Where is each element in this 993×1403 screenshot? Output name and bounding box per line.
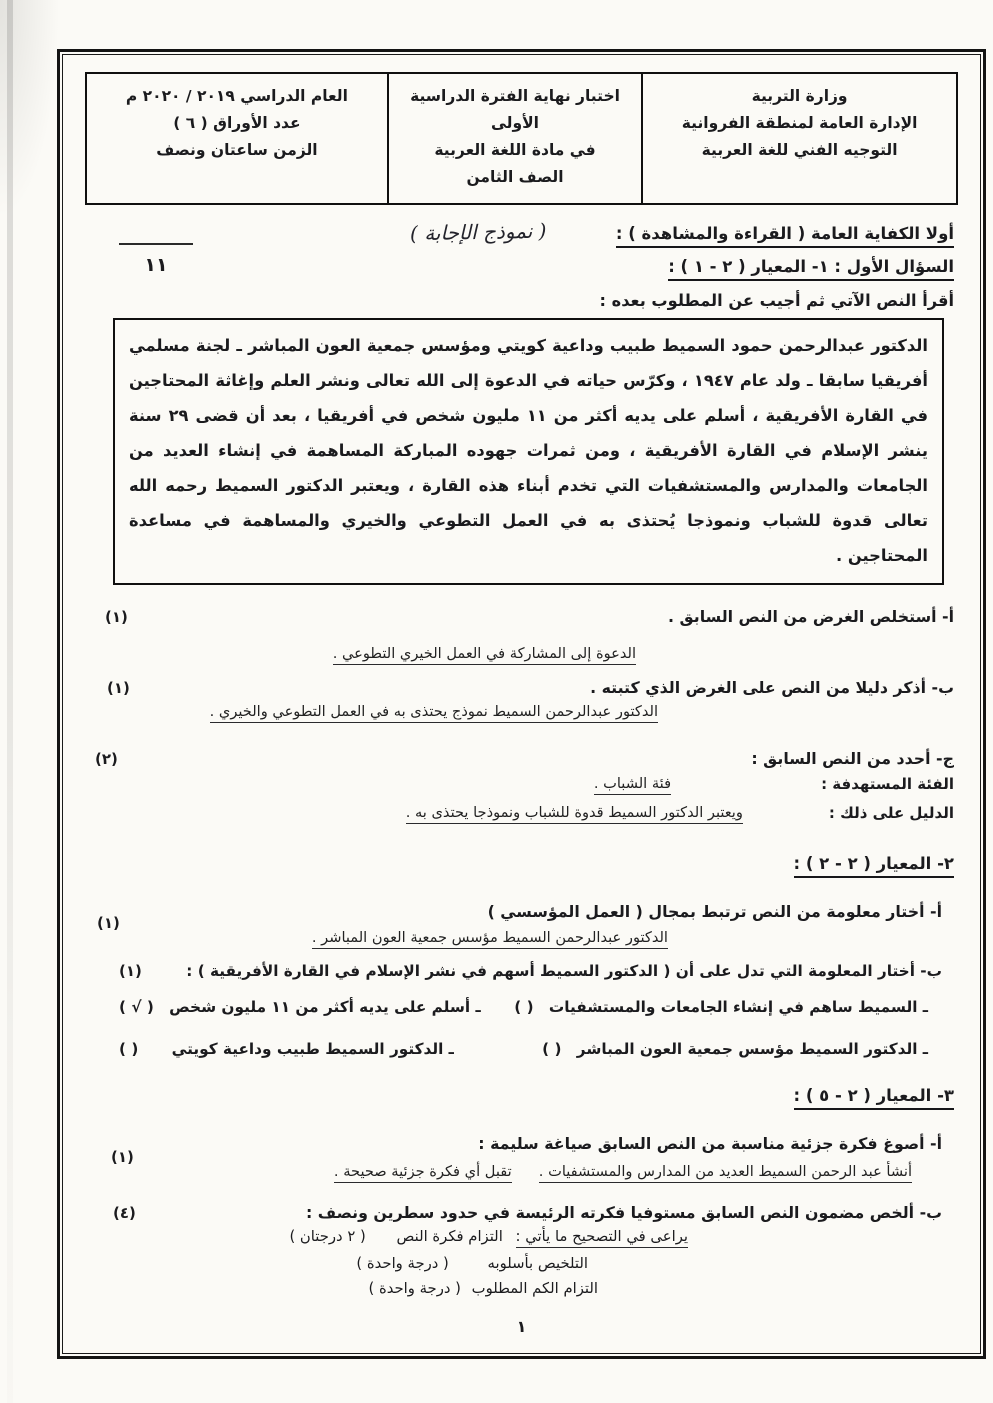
duration-line: الزمن ساعتان ونصف <box>93 137 381 164</box>
header-ministry-cell: وزارة التربية الإدارة العامة لمنطقة الفر… <box>643 74 956 203</box>
reading-passage-box: الدكتور عبدالرحمن حمود السميط طبيب وداعي… <box>113 318 944 585</box>
c1-answer-a: الدعوة إلى المشاركة في العمل الخيري التط… <box>333 645 636 665</box>
option-doctor-preacher-text: ـ الدكتور السميط طبيب وداعية كويتي <box>172 1040 454 1058</box>
question1-title-row: السؤال الأول : ١- المعيار ( ٢ - ١ ) : <box>89 257 954 281</box>
scanned-exam-page: { "header": { "right_lines": ["وزارة الت… <box>0 0 993 1403</box>
rubric-line3: التزام الكم المطلوب ( درجة واحدة ) <box>89 1280 598 1297</box>
header-exam-cell: اختبار نهاية الفترة الدراسية الأولى في م… <box>387 74 643 203</box>
school-year-line: العام الدراسي ٢٠١٩ / ٢٠٢٠ م <box>93 83 381 110</box>
c1-evidence-row: الدليل على ذلك : ويعتبر الدكتور السميط ق… <box>89 804 954 824</box>
competency-title-row: أولا الكفاية العامة ( القراءة والمشاهدة … <box>89 220 954 248</box>
checkmark-icon: ( √ ) <box>119 998 154 1016</box>
c2-question-a-row: أ- أختار معلومة من النص ترتبط بمجال ( ال… <box>89 902 942 921</box>
question1-title: السؤال الأول : ١- المعيار ( ٢ - ١ ) : <box>668 257 954 281</box>
rubric-item-1: التزام فكرة النص <box>397 1228 503 1245</box>
option-doctor-preacher: ـ الدكتور السميط طبيب وداعية كويتي ( ) <box>119 1040 454 1058</box>
c2-question-b-label: ب- أختار المعلومة التي تدل على أن ( الدك… <box>186 962 942 980</box>
header-meta-cell: العام الدراسي ٢٠١٩ / ٢٠٢٠ م عدد الأوراق … <box>87 74 387 203</box>
rubric-score-2: ( درجة واحدة ) <box>356 1255 448 1272</box>
option-eleven-million-text: ـ أسلم على يديه أكثر من ١١ مليون شخص <box>169 998 481 1016</box>
rubric-item-2: التلخيص بأسلوبه <box>488 1255 588 1272</box>
c1-answer-a-row: الدعوة إلى المشاركة في العمل الخيري التط… <box>89 643 636 665</box>
rubric-intro: يراعى في التصحيح ما يأتي : <box>516 1228 688 1248</box>
exam-header-table: وزارة التربية الإدارة العامة لمنطقة الفر… <box>85 72 958 205</box>
c3-question-a-label: أ- أصوغ فكرة جزئية مناسبة من النص السابق… <box>478 1134 942 1153</box>
criterion3-title: ٣- المعيار ( ٢ - ٥ ) : <box>794 1086 955 1110</box>
c2-options-row1: ـ السميط ساهم في إنشاء الجامعات والمستشف… <box>89 998 954 1016</box>
c2-answer-a: الدكتور عبدالرحمن السميط مؤسس جمعية العو… <box>312 929 668 949</box>
c1-question-a-row: أ- أستخلص الغرض من النص السابق . (١) <box>89 607 954 626</box>
c1-target-row: الفئة المستهدفة : فئة الشباب . <box>89 775 954 795</box>
c3-question-a-row: أ- أصوغ فكرة جزئية مناسبة من النص السابق… <box>89 1134 942 1153</box>
c3-question-b-row: ب- ألخص مضمون النص السابق مستوفيا فكرته … <box>89 1203 942 1222</box>
district-line: الإدارة العامة لمنطقة الفروانية <box>649 110 950 137</box>
option-universities: ـ السميط ساهم في إنشاء الجامعات والمستشف… <box>514 998 928 1016</box>
c3-answer-a-row: أنشأ عبد الرحمن السميط العديد من المدارس… <box>89 1161 912 1183</box>
option-universities-checkbox: ( ) <box>514 998 533 1016</box>
option-founder-text: ـ الدكتور السميط مؤسس جمعية العون المباش… <box>577 1040 928 1058</box>
c1-question-c-marks: (٢) <box>95 750 118 768</box>
pages-count-line: عدد الأوراق ( ٦ ) <box>93 110 381 137</box>
rubric-item-3: التزام الكم المطلوب <box>472 1280 598 1297</box>
c1-question-b-marks: (١) <box>107 679 130 697</box>
c3-question-b-label: ب- ألخص مضمون النص السابق مستوفيا فكرته … <box>306 1203 942 1222</box>
c2-answer-a-row: الدكتور عبدالرحمن السميط مؤسس جمعية العو… <box>89 927 668 949</box>
c2-question-a-label: أ- أختار معلومة من النص ترتبط بمجال ( ال… <box>488 902 942 921</box>
c1-answer-b-row: الدكتور عبدالرحمن السميط نموذج يحتذى به … <box>89 701 658 723</box>
c1-question-c-label: ج- أحدد من النص السابق : <box>751 749 954 768</box>
exam-inner-frame: وزارة التربية الإدارة العامة لمنطقة الفر… <box>62 54 981 1354</box>
c3-question-b-marks: (٤) <box>113 1204 136 1222</box>
criterion2-title: ٢- المعيار ( ٢ - ٢ ) : <box>794 854 955 878</box>
c1-question-a-label: أ- أستخلص الغرض من النص السابق . <box>668 607 954 626</box>
option-universities-text: ـ السميط ساهم في إنشاء الجامعات والمستشف… <box>549 998 928 1016</box>
scan-corner-shadow <box>0 0 60 220</box>
criterion3-title-row: ٣- المعيار ( ٢ - ٥ ) : <box>89 1086 954 1110</box>
exam-title-line: اختبار نهاية الفترة الدراسية الأولى <box>395 83 635 137</box>
competency-title: أولا الكفاية العامة ( القراءة والمشاهدة … <box>616 224 954 248</box>
target-group-answer: فئة الشباب . <box>594 775 671 795</box>
subject-line: في مادة اللغة العربية <box>395 137 635 164</box>
evidence-label: الدليل على ذلك : <box>829 804 954 824</box>
c3-answer-a: أنشأ عبد الرحمن السميط العديد من المدارس… <box>539 1163 912 1183</box>
c1-question-c-row: ج- أحدد من النص السابق : (٢) <box>89 749 954 768</box>
rubric-score-1: ( ٢ درجتان ) <box>289 1228 365 1245</box>
evidence-answer: ويعتبر الدكتور السميط قدوة للشباب ونموذج… <box>406 804 743 824</box>
target-group-label: الفئة المستهدفة : <box>821 775 954 795</box>
c2-question-b-row: ب- أختار المعلومة التي تدل على أن ( الدك… <box>89 961 942 980</box>
read-instruction: أقرأ النص الآتي ثم أجيب عن المطلوب بعده … <box>600 291 954 310</box>
exam-content: أولا الكفاية العامة ( القراءة والمشاهدة … <box>83 220 960 1336</box>
c1-answer-b: الدكتور عبدالرحمن السميط نموذج يحتذى به … <box>210 703 658 723</box>
ministry-line: وزارة التربية <box>649 83 950 110</box>
option-founder: ـ الدكتور السميط مؤسس جمعية العون المباش… <box>542 1040 928 1058</box>
option-doctor-preacher-checkbox: ( ) <box>119 1040 138 1058</box>
c1-question-b-label: ب- أذكر دليلا من النص على الغرض الذي كتب… <box>590 678 954 697</box>
answer-model-note: ( نموذج الإجابة ) <box>410 218 547 245</box>
c2-options-row2: ـ الدكتور السميط مؤسس جمعية العون المباش… <box>89 1040 954 1058</box>
read-instruction-row: أقرأ النص الآتي ثم أجيب عن المطلوب بعده … <box>89 291 954 310</box>
reading-passage-text: الدكتور عبدالرحمن حمود السميط طبيب وداعي… <box>129 336 928 565</box>
c1-question-a-marks: (١) <box>105 608 128 626</box>
option-founder-checkbox: ( ) <box>542 1040 561 1058</box>
rubric-score-3: ( درجة واحدة ) <box>369 1280 461 1297</box>
page-number: ١ <box>89 1317 954 1336</box>
option-eleven-million: ـ أسلم على يديه أكثر من ١١ مليون شخص ( √… <box>119 998 481 1016</box>
c1-question-b-row: ب- أذكر دليلا من النص على الغرض الذي كتب… <box>89 678 954 697</box>
exam-outer-frame: وزارة التربية الإدارة العامة لمنطقة الفر… <box>57 49 986 1359</box>
criterion2-title-row: ٢- المعيار ( ٢ - ٢ ) : <box>89 854 954 878</box>
rubric-line1: يراعى في التصحيح ما يأتي : التزام فكرة ا… <box>89 1228 688 1248</box>
supervision-line: التوجيه الفني للغة العربية <box>649 137 950 164</box>
c2-question-b-marks: (١) <box>119 962 142 980</box>
grade-line: الصف الثامن <box>395 164 635 191</box>
c3-answer-a-note: تقبل أي فكرة جزئية صحيحة . <box>334 1163 512 1183</box>
rubric-line2: التلخيص بأسلوبه ( درجة واحدة ) <box>89 1255 588 1272</box>
